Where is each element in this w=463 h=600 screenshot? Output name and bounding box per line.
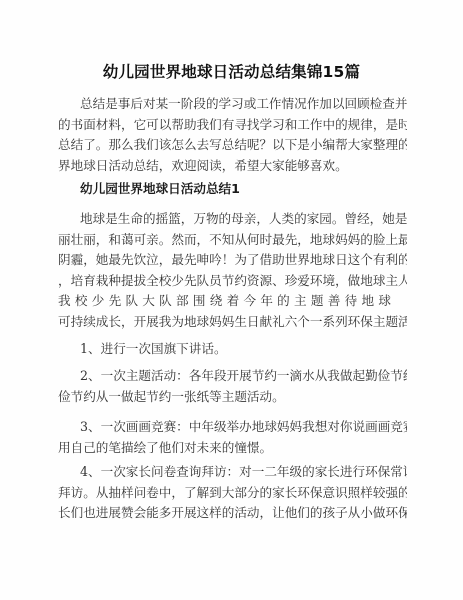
char: 我 <box>58 291 71 312</box>
char: 善 <box>328 291 341 312</box>
text-line: 2、一次主题活动：各年段开展节约一滴水从我做起勤俭节约奔小康勤 <box>58 366 407 387</box>
text-line: 丽壮丽，和蔼可亲。然而，不知从何时最先，地球妈妈的脸上最先笼罩起 <box>58 230 407 251</box>
text-line: 1、进行一次国旗下讲话。 <box>58 339 407 360</box>
char: 校 <box>75 291 88 312</box>
char: 球 <box>378 291 391 312</box>
char: 今 <box>243 291 256 312</box>
text-line: 长们也进展赞会能多开展这样的活动，让他们的孩子从小做环保小卫士。 <box>58 503 407 524</box>
text-line: 4、一次家长问卷查询拜访：对一二年级的家长进行环保常识问卷查询 <box>58 462 407 483</box>
section-heading: 幼儿园世界地球日活动总结1 <box>80 180 240 198</box>
char: 队 <box>159 291 172 312</box>
intro-paragraph: 总结是事后对某一阶段的学习或工作情况作加以回顾检查并分析评价 的书面材料，它可以… <box>58 94 407 176</box>
char: 队 <box>125 291 138 312</box>
text-line: 阴霾，她最先饮泣，最先呻吟！为了借助世界地球日这个有利的教育契机 <box>58 250 407 271</box>
char: 主 <box>294 291 307 312</box>
text-line: 总结是事后对某一阶段的学习或工作情况作加以回顾检查并分析评价 <box>58 94 407 115</box>
char: 部 <box>176 291 189 312</box>
text-line: 地球是生命的摇篮，万物的母亲，人类的家园。曾经，她是那样的美 <box>58 209 407 230</box>
char: 着 <box>227 291 240 312</box>
text-line: 拜访。从抽样问卷中，了解到大部分的家长环保意识照样较强的，同时家 <box>58 483 407 504</box>
text-line: 总结了。那么我们该怎么去写总结呢？以下是小编帮大家整理的幼儿园世 <box>58 135 407 156</box>
spread-text-line: 我 校 少 先 队 大 队 部 围 绕 着 今 年 的 主 题 善 待 地 球 <box>58 291 391 312</box>
char: 围 <box>193 291 206 312</box>
section-body-paragraph: 地球是生命的摇篮，万物的母亲，人类的家园。曾经，她是那样的美 丽壮丽，和蔼可亲。… <box>58 209 407 333</box>
char: 待 <box>345 291 358 312</box>
text-line: ，培育栽种提拔全校少先队员节约资源、珍爱环境，做地球主人的意识。 <box>58 271 407 292</box>
text-line: 可持续成长，开展我为地球妈妈生日献礼六个一系列环保主题活动： <box>58 312 407 333</box>
list-item-2: 2、一次主题活动：各年段开展节约一滴水从我做起勤俭节约奔小康勤 俭节约从一做起节… <box>58 366 407 407</box>
text-line: 3、一次画画竞赛：中年级举办地球妈妈我想对你说画画竞赛，队员们 <box>58 417 407 438</box>
text-line: 俭节约从一做起节约一张纸等主题活动。 <box>58 387 407 408</box>
char: 先 <box>109 291 122 312</box>
list-item-4: 4、一次家长问卷查询拜访：对一二年级的家长进行环保常识问卷查询 拜访。从抽样问卷… <box>58 462 407 524</box>
char: 绕 <box>210 291 223 312</box>
document-title: 幼儿园世界地球日活动总结集锦15篇 <box>0 62 463 82</box>
char: 年 <box>260 291 273 312</box>
char: 题 <box>311 291 324 312</box>
list-item-3: 3、一次画画竞赛：中年级举办地球妈妈我想对你说画画竞赛，队员们 用自己的笔描绘了… <box>58 417 407 458</box>
text-line: 界地球日活动总结，欢迎阅读，希望大家能够喜欢。 <box>58 156 407 177</box>
text-line: 的书面材料，它可以帮助我们有寻找学习和工作中的规律，是时候写一份 <box>58 115 407 136</box>
text-line: 用自己的笔描绘了他们对未来的憧憬。 <box>58 438 407 459</box>
char: 少 <box>92 291 105 312</box>
document-page: 幼儿园世界地球日活动总结集锦15篇 总结是事后对某一阶段的学习或工作情况作加以回… <box>0 0 463 600</box>
char: 的 <box>277 291 290 312</box>
char: 地 <box>361 291 374 312</box>
list-item-1: 1、进行一次国旗下讲话。 <box>58 339 407 360</box>
char: 大 <box>142 291 155 312</box>
